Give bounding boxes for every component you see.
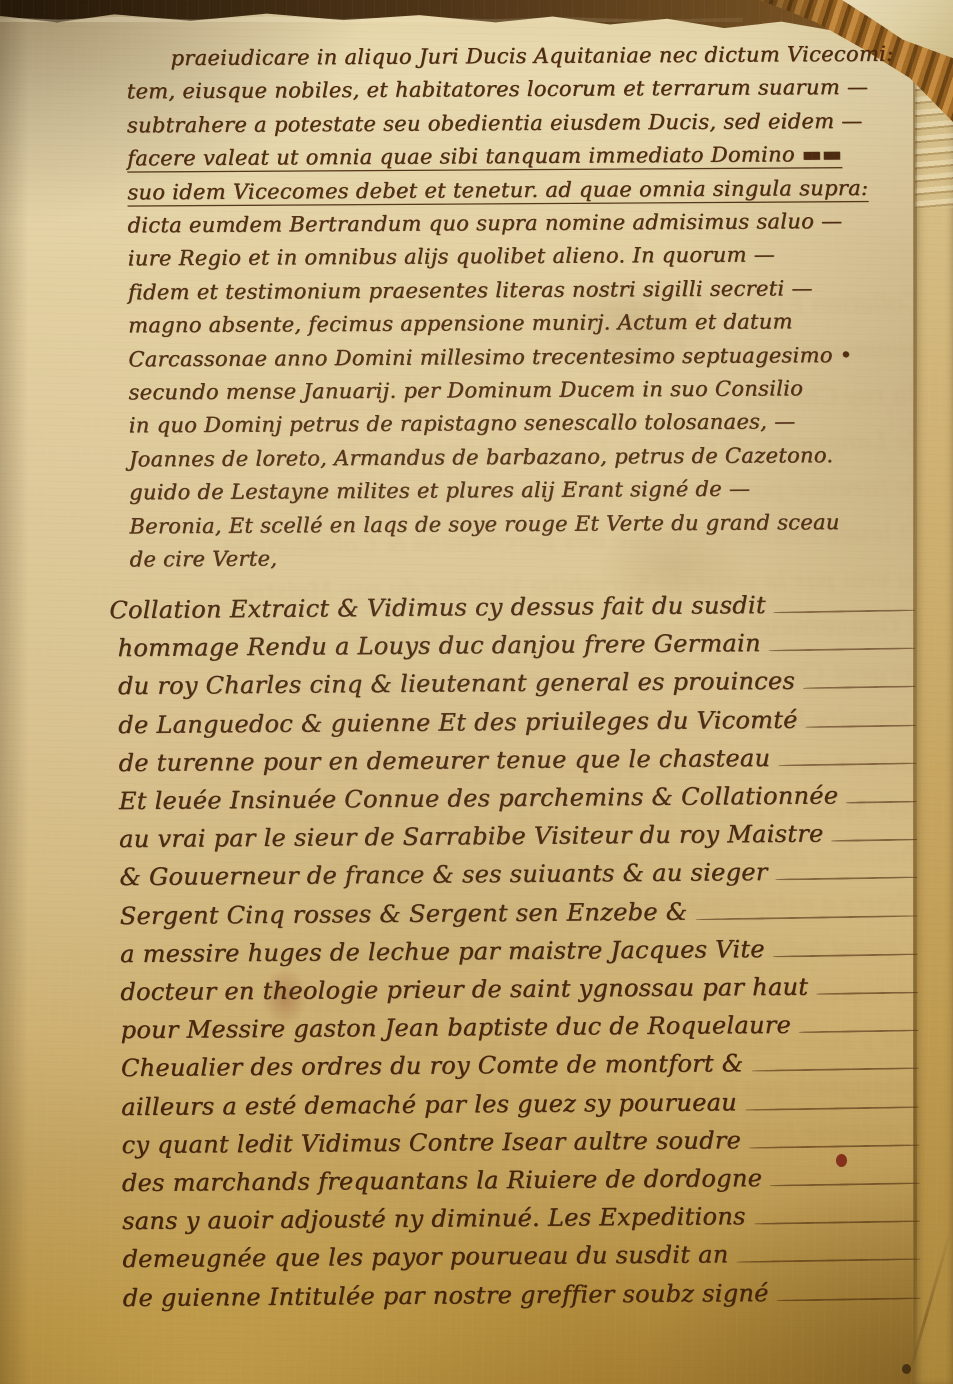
manuscript-line: fidem et testimonium praesentes literas … (128, 271, 920, 309)
line-filler-stroke (806, 724, 917, 728)
line-filler-stroke (803, 686, 916, 690)
line-filler-stroke (831, 839, 917, 842)
manuscript-line: Sergent Cinq rosses & Sergent sen Enzebe… (120, 890, 918, 934)
line-filler-stroke (754, 1220, 920, 1225)
manuscript-line: hommage Rendu a Louys duc danjou frere G… (117, 623, 915, 667)
manuscript-line: ailleurs a esté demaché par les guez sy … (121, 1082, 919, 1126)
manuscript-line: docteur en theologie prieur de saint ygn… (120, 967, 918, 1011)
manuscript-line: & Gouuerneur de france & ses suiuants & … (119, 852, 917, 896)
line-filler-stroke (695, 915, 917, 921)
manuscript-line: de guienne Intitulée par nostre greffier… (123, 1273, 921, 1317)
line-filler-stroke (777, 1297, 921, 1301)
latin-text-block: praeiudicare in aliquo Juri Ducis Aquita… (126, 38, 921, 577)
line-filler-stroke (769, 647, 916, 651)
french-text-block: Collation Extraict & Vidimus cy dessus f… (117, 585, 921, 1317)
manuscript-line: iure Regio et in omnibus alijs quolibet … (128, 238, 920, 276)
manuscript-line: magno absente, fecimus appensione munirj… (128, 305, 920, 343)
line-filler-stroke (773, 953, 918, 957)
manuscript-line: Et leuée Insinuée Connue des parchemins … (119, 776, 917, 820)
manuscript-line: secundo mense Januarij. per Dominum Duce… (128, 372, 920, 410)
line-filler-stroke (846, 801, 917, 804)
manuscript-line: guido de Lestayne milites et plures alij… (129, 472, 921, 510)
manuscript-line: cy quant ledit Vidimus Contre Isear ault… (121, 1120, 919, 1164)
line-filler-stroke (799, 1030, 919, 1034)
manuscript-line: dicta eumdem Bertrandum quo supra nomine… (127, 205, 919, 243)
line-filler-stroke (751, 1068, 918, 1073)
manuscript-line: Beronia, Et scellé en laqs de soye rouge… (129, 505, 921, 543)
manuscript-line: des marchands frequantans la Riuiere de … (122, 1158, 920, 1202)
manuscript-line: du roy Charles cinq & lieutenant general… (118, 661, 916, 705)
line-filler-stroke (774, 609, 916, 613)
manuscript-line: au vrai par le sieur de Sarrabibe Visite… (119, 814, 917, 858)
manuscript-line: facere valeat ut omnia quae sibi tanquam… (127, 138, 919, 176)
manuscript-line: Collation Extraict & Vidimus cy dessus f… (109, 585, 915, 630)
manuscript-line: suo idem Vicecomes debet et tenetur. ad … (127, 171, 919, 209)
line-filler-stroke (736, 1259, 920, 1264)
manuscript-line: praeiudicare in aliquo Juri Ducis Aquita… (126, 38, 918, 76)
manuscript-line: sans y auoir adjousté ny diminué. Les Ex… (122, 1196, 920, 1240)
manuscript-line: pour Messire gaston Jean baptiste duc de… (120, 1005, 918, 1049)
manuscript-line: subtrahere a potestate seu obedientia ei… (127, 104, 919, 142)
line-filler-stroke (745, 1106, 919, 1111)
line-filler-stroke (770, 1182, 920, 1186)
line-filler-stroke (816, 991, 918, 995)
line-filler-stroke (776, 877, 918, 881)
manuscript-line: tem, eiusque nobiles, et habitatores loc… (127, 71, 919, 109)
line-filler-stroke (749, 1144, 920, 1149)
manuscript-photo: Collation Extraict & Vidimus cy dessus f… (0, 0, 953, 1384)
manuscript-line: demeugnée que les payor pourueau du susd… (122, 1234, 920, 1278)
manuscript-line: a messire huges de lechue par maistre Ja… (120, 929, 918, 973)
manuscript-line: Joannes de loreto, Armandus de barbazano… (129, 438, 921, 476)
manuscript-line: de cire Verte, (129, 539, 921, 577)
manuscript-line: in quo Dominj petrus de rapistagno senes… (129, 405, 921, 443)
manuscript-line: de turenne pour en demeurer tenue que le… (118, 738, 916, 782)
manuscript-line: Cheualier des ordres du roy Comte de mon… (121, 1043, 919, 1087)
manuscript-line: Carcassonae anno Domini millesimo trecen… (128, 338, 920, 376)
line-filler-stroke (778, 762, 916, 766)
manuscript-line: de Languedoc & guienne Et des priuileges… (118, 699, 916, 743)
